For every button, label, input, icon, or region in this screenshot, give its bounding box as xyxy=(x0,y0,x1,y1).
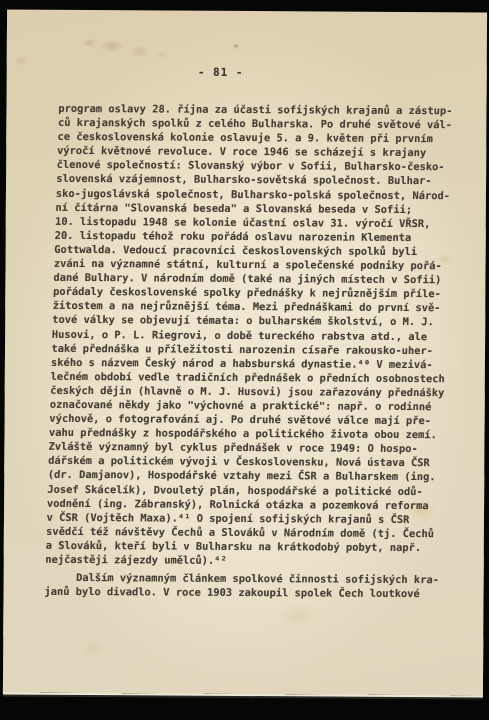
text-line: nejčastěji zájezdy umělců).⁴² xyxy=(45,553,451,570)
text-line: janů bylo divadlo. V roce 1903 zakoupil … xyxy=(44,585,450,602)
body-text: program oslavy 28. října za účasti sofij… xyxy=(44,102,464,602)
paragraph: program oslavy 28. října za účasti sofij… xyxy=(45,102,464,570)
paragraph: Dalším významným článkem spolkové činnos… xyxy=(44,571,451,602)
book-page: - 81 - program oslavy 28. října za účast… xyxy=(3,10,487,696)
page-number: - 81 - xyxy=(7,65,435,81)
photo-backdrop: - 81 - program oslavy 28. října za účast… xyxy=(0,0,489,720)
